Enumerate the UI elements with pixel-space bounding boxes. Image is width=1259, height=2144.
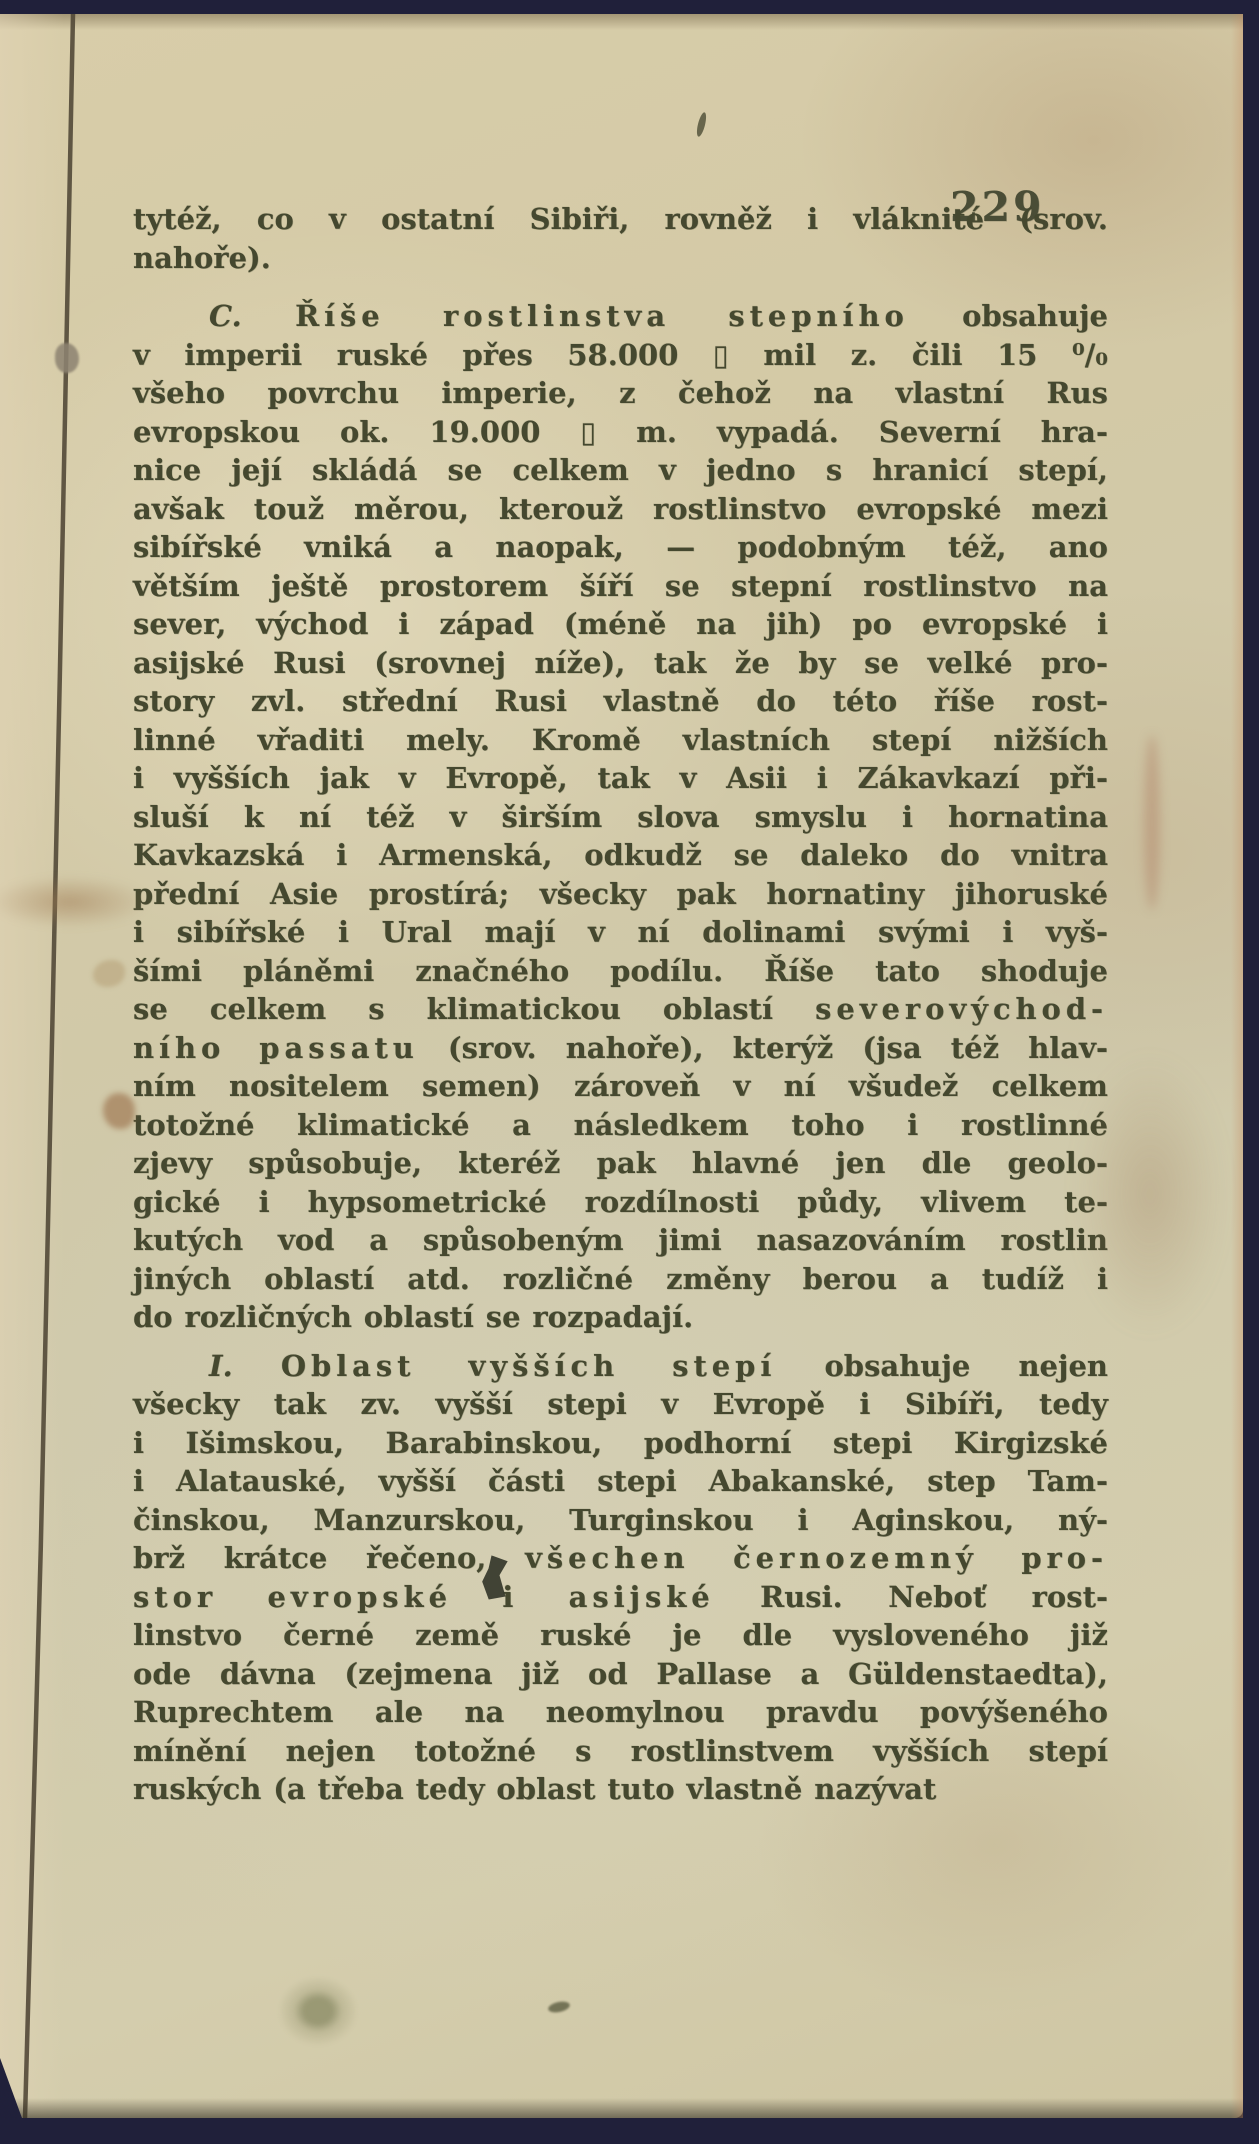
text-segment: se celkem s klimatickou oblastí [133,992,815,1026]
text-line: stor evropské i asijské Rusi. Neboť rost… [133,1578,1108,1617]
text-segment: ruských (a třeba tedy oblast tuto vlastn… [133,1772,936,1806]
text-line: v imperii ruské přes 58.000 ▯ mil z. čil… [133,336,1108,375]
text-segment: ního passatu [133,1031,419,1065]
text-segment: sibířské vniká a naopak, — podobným též,… [133,530,1108,564]
text-segment: mínění nejen totožné s rostlinstvem vyšš… [133,1734,1108,1768]
text-line: větším ještě prostorem šíří se stepní ro… [133,567,1108,606]
text-segment: story zvl. střední Rusi vlastně do této … [133,684,1108,718]
text-segment [242,299,295,333]
text-segment: avšak touž měrou, kterouž rostlinstvo ev… [133,492,1108,526]
text-segment: Říše rostlinstva stepního [295,299,909,333]
text-segment: totožné klimatické a následkem toho i ro… [133,1108,1108,1142]
text-segment: linné vřaditi mely. Kromě vlastních step… [133,723,1108,757]
text-line: nahoře). [133,239,1108,278]
text-line: jiných oblastí atd. rozličné změny berou… [133,1260,1108,1299]
text-line: C. Říše rostlinstva stepního obsahuje [133,297,1108,336]
text-segment: všecky tak zv. vyšší stepi v Evropě i Si… [133,1387,1108,1421]
text-segment: všechen černozemný pro- [525,1541,1108,1575]
text-line: šími pláněmi značného podílu. Říše tato … [133,952,1108,991]
text-segment: kutých vod a spůsobeným jimi nasazováním… [133,1223,1108,1257]
text-line: tytéž, co v ostatní Sibiři, rovněž i vlá… [133,200,1108,239]
text-segment [233,1349,281,1383]
text-segment: severovýchod- [815,992,1108,1026]
paragraph: I. Oblast vyšších stepí obsahuje nejenvš… [133,1347,1108,1809]
text-line: evropskou ok. 19.000 ▯ m. vypadá. Severn… [133,413,1108,452]
text-line: činskou, Manzurskou, Turginskou i Aginsk… [133,1501,1108,1540]
text-segment: Oblast vyšších stepí [281,1349,777,1383]
text-line: totožné klimatické a následkem toho i ro… [133,1106,1108,1145]
text-line: story zvl. střední Rusi vlastně do této … [133,682,1108,721]
brown-spot-stain [103,1093,135,1129]
tan-blob-stain [93,960,125,987]
text-line: i Išimskou, Barabinskou, podhorní stepi … [133,1424,1108,1463]
page-bottom-shadow [0,2098,1243,2118]
text-line: gické i hypsometrické rozdílnosti půdy, … [133,1183,1108,1222]
text-line: i vyšších jak v Evropě, tak v Asii i Zák… [133,759,1108,798]
text-line: nice její skládá se celkem v jedno s hra… [133,451,1108,490]
text-segment: Kavkazská i Armenská, odkudž se daleko d… [133,838,1108,872]
text-line: se celkem s klimatickou oblastí severový… [133,990,1108,1029]
text-line: avšak touž měrou, kterouž rostlinstvo ev… [133,490,1108,529]
text-segment: stor evropské i asijské [133,1580,715,1614]
text-line: zjevy spůsobuje, kteréž pak hlavné jen d… [133,1144,1108,1183]
text-line: Ruprechtem ale na neomylnou pravdu povýš… [133,1693,1108,1732]
text-segment: C. [209,299,242,333]
text-segment: všeho povrchu imperie, z čehož na vlastn… [133,376,1108,410]
text-line: ním nositelem semen) zároveň v ní všudež… [133,1067,1108,1106]
text-line: i Alatauské, vyšší části stepi Abakanské… [133,1462,1108,1501]
text-line: linstvo černé země ruské je dle vysloven… [133,1616,1108,1655]
text-line: sluší k ní též v širším slova smyslu i h… [133,798,1108,837]
text-line: kutých vod a spůsobeným jimi nasazováním… [133,1221,1108,1260]
gutter-tint [0,14,64,2118]
text-segment: do rozličných oblastí se rozpadají. [133,1300,693,1334]
text-segment: zjevy spůsobuje, kteréž pak hlavné jen d… [133,1146,1108,1180]
text-segment: v imperii ruské přes 58.000 ▯ mil z. čil… [133,338,1108,372]
green-smudge-stain [278,1976,358,2046]
text-block: tytéž, co v ostatní Sibiři, rovněž i vlá… [133,200,1108,1809]
text-line: i sibířské i Ural mají v ní dolinami svý… [133,913,1108,952]
text-segment: tytéž, co v ostatní Sibiři, rovněž i vlá… [133,202,1108,236]
text-line: sever, východ i západ (méně na jih) po e… [133,605,1108,644]
text-segment: jiných oblastí atd. rozličné změny berou… [133,1262,1108,1296]
text-segment: evropskou ok. 19.000 ▯ m. vypadá. Severn… [133,415,1108,449]
text-segment: šími pláněmi značného podílu. Říše tato … [133,954,1108,988]
text-segment: linstvo černé země ruské je dle vysloven… [133,1618,1108,1652]
text-line: ode dávna (zejmena již od Pallase a Güld… [133,1655,1108,1694]
text-segment: gické i hypsometrické rozdílnosti půdy, … [133,1185,1108,1219]
text-segment: činskou, Manzurskou, Turginskou i Aginsk… [133,1503,1108,1537]
text-line: všecky tak zv. vyšší stepi v Evropě i Si… [133,1385,1108,1424]
text-segment: obsahuje [909,299,1108,333]
text-line: I. Oblast vyšších stepí obsahuje nejen [133,1347,1108,1386]
paragraph: tytéž, co v ostatní Sibiři, rovněž i vlá… [133,200,1108,277]
text-segment: nahoře). [133,241,271,275]
text-segment: větším ještě prostorem šíří se stepní ro… [133,569,1108,603]
text-segment: ode dávna (zejmena již od Pallase a Güld… [133,1657,1108,1691]
text-line: přední Asie prostírá; všecky pak hornati… [133,875,1108,914]
paragraph: C. Říše rostlinstva stepního obsahujev i… [133,297,1108,1337]
text-line: do rozličných oblastí se rozpadají. [133,1298,1108,1337]
text-segment: Ruprechtem ale na neomylnou pravdu povýš… [133,1695,1108,1729]
text-segment: Rusi. Neboť rost- [715,1580,1108,1614]
text-line: ního passatu (srov. nahoře), kterýž (jsa… [133,1029,1108,1068]
book-page: 229 tytéž, co v ostatní Sibiři, rovněž i… [0,14,1243,2118]
text-segment: obsahuje nejen [776,1349,1108,1383]
text-segment: přední Asie prostírá; všecky pak hornati… [133,877,1108,911]
text-line: asijské Rusi (srovnej níže), tak že by s… [133,644,1108,683]
text-segment: ním nositelem semen) zároveň v ní všudež… [133,1069,1108,1103]
text-line: všeho povrchu imperie, z čehož na vlastn… [133,374,1108,413]
text-line: linné vřaditi mely. Kromě vlastních step… [133,721,1108,760]
text-segment: nice její skládá se celkem v jedno s hra… [133,453,1108,487]
text-segment: i sibířské i Ural mají v ní dolinami svý… [133,915,1108,949]
text-segment: I. [209,1349,233,1383]
text-line: ruských (a třeba tedy oblast tuto vlastn… [133,1770,1108,1809]
text-segment: brž krátce řečeno, [133,1541,525,1575]
text-segment: asijské Rusi (srovnej níže), tak že by s… [133,646,1108,680]
scanned-book-photo: { "page": { "number": "229", "paragraphs… [0,0,1259,2144]
text-line: brž krátce řečeno, všechen černozemný pr… [133,1539,1108,1578]
text-segment: i vyšších jak v Evropě, tak v Asii i Zák… [133,761,1108,795]
text-segment: sever, východ i západ (méně na jih) po e… [133,607,1108,641]
text-line: sibířské vniká a naopak, — podobným též,… [133,528,1108,567]
small-dark-mark [547,2000,571,2014]
text-segment: (srov. nahoře), kterýž (jsa též hlav- [419,1031,1108,1065]
text-segment: sluší k ní též v širším slova smyslu i h… [133,800,1108,834]
text-segment: i Išimskou, Barabinskou, podhorní stepi … [133,1426,1108,1460]
text-line: mínění nejen totožné s rostlinstvem vyšš… [133,1732,1108,1771]
text-segment: i Alatauské, vyšší části stepi Abakanské… [133,1464,1108,1498]
stray-ink-tick [695,112,708,138]
text-line: Kavkazská i Armenská, odkudž se daleko d… [133,836,1108,875]
red-smear-stain [1144,735,1160,910]
